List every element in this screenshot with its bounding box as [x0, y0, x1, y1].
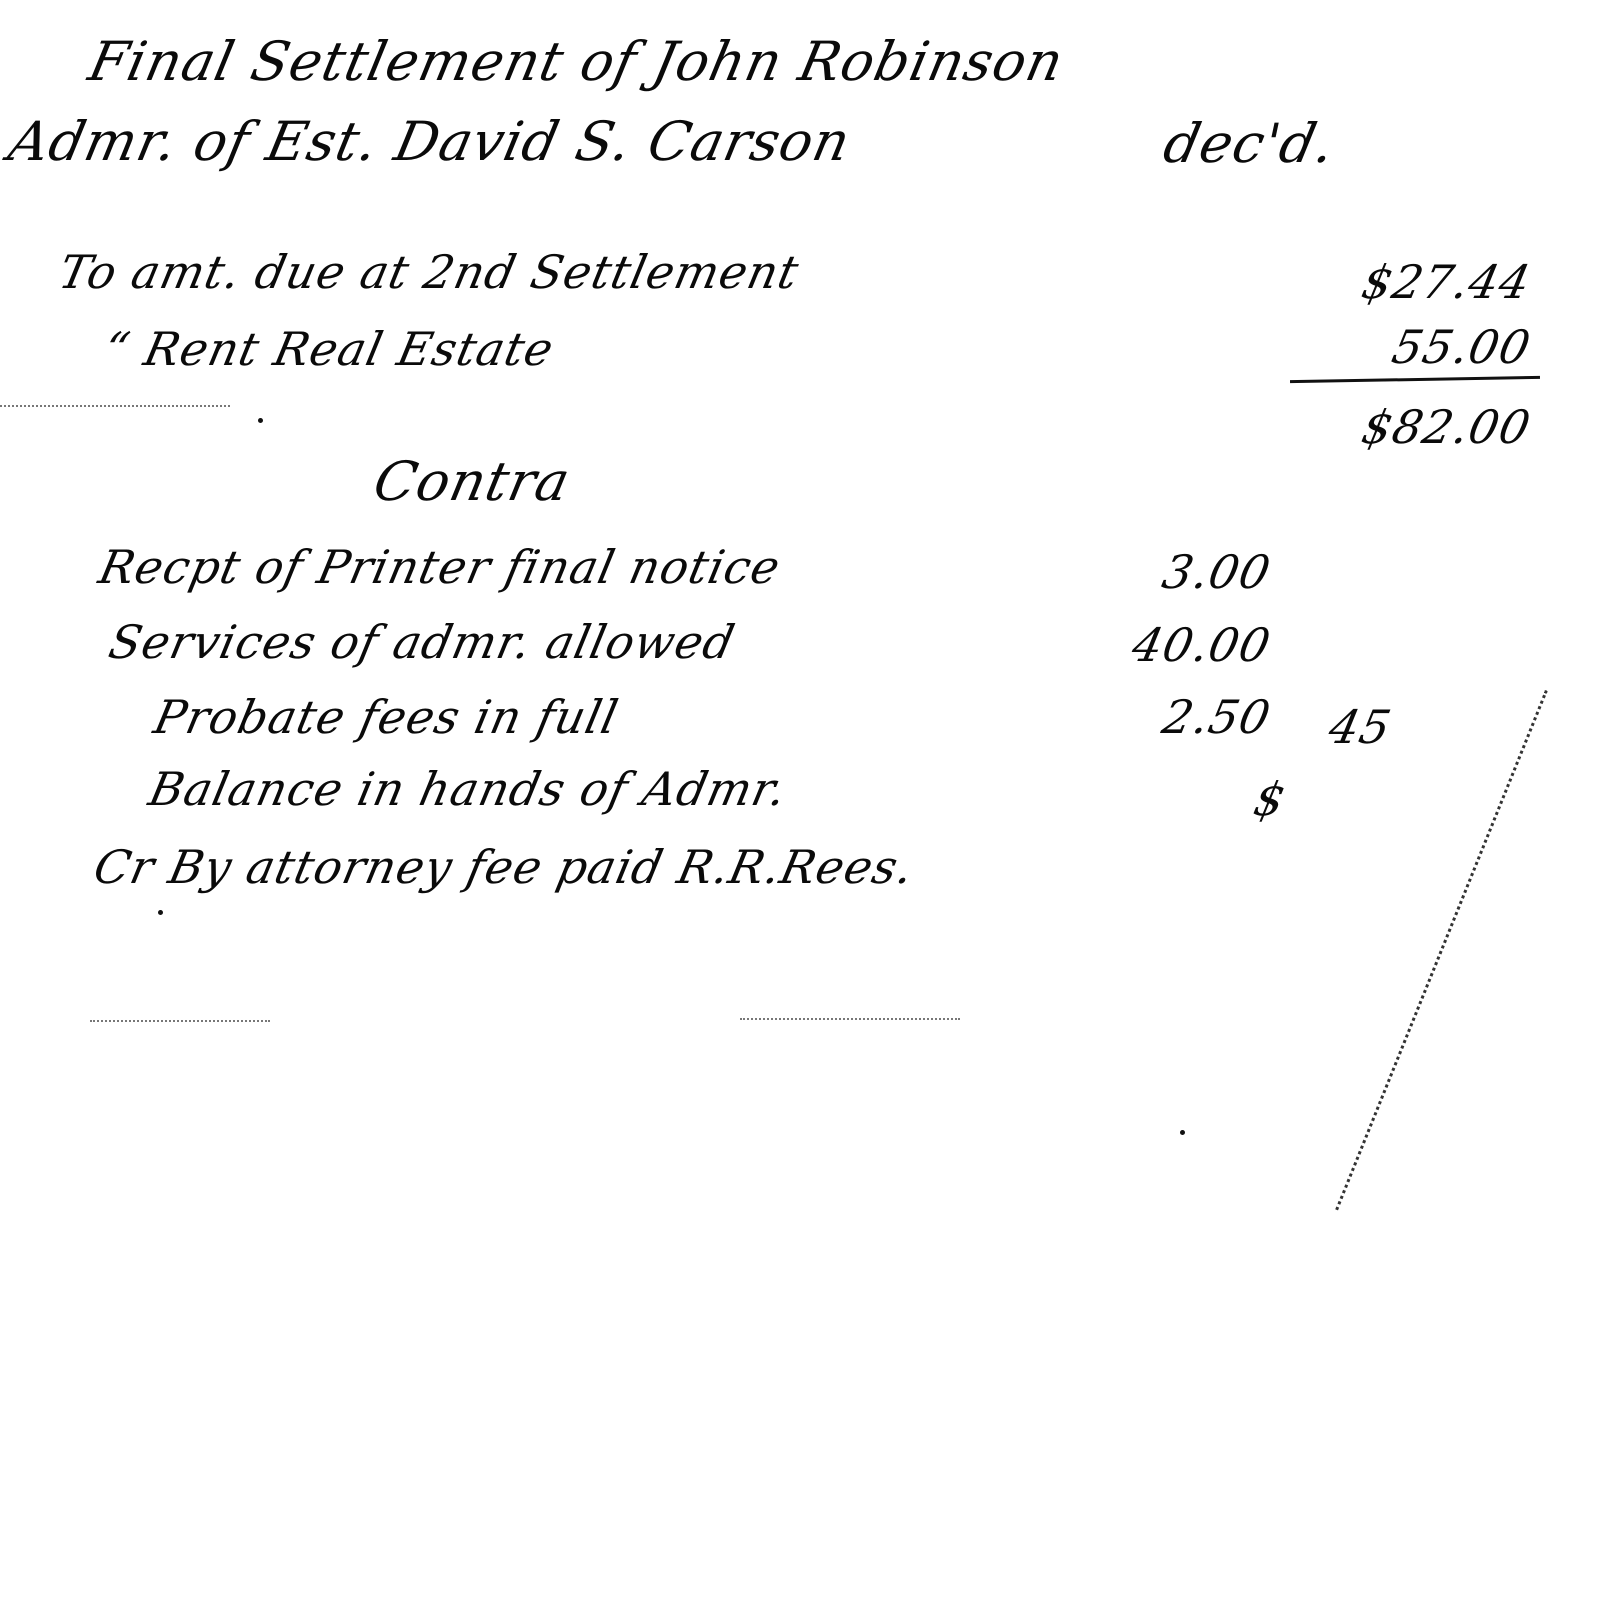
- debit-item-amount: $27.44: [1244, 255, 1535, 309]
- credit-item-label: Recpt of Printer final notice: [94, 540, 785, 594]
- ink-speck: [258, 418, 263, 423]
- torn-paper-edge: [1335, 690, 1548, 1210]
- debit-total: $82.00: [1244, 400, 1535, 454]
- heading-line-1: Final Settlement of John Robinson: [83, 30, 1069, 93]
- fold-line: [740, 1018, 960, 1020]
- heading-line-2: Admr. of Est. David S. Carson: [3, 110, 856, 173]
- ink-speck: [158, 910, 163, 915]
- balance-amount: $: [1249, 772, 1320, 826]
- credit-item-amount: 3.00: [1054, 545, 1275, 599]
- credit-item-amount: 40.00: [1054, 618, 1275, 672]
- credit-item-label: Probate fees in full: [149, 690, 623, 744]
- ink-speck: [1180, 1130, 1185, 1135]
- heading-deceased-abbrev: dec'd.: [1158, 112, 1341, 175]
- balance-label: Balance in hands of Admr.: [144, 762, 792, 816]
- credits-heading: Contra: [368, 450, 576, 513]
- attorney-fee-note: Cr By attorney fee paid R.R.Rees.: [89, 840, 919, 894]
- debit-item-label: To amt. due at 2nd Settlement: [54, 245, 804, 299]
- sum-underline: [1290, 376, 1540, 383]
- fold-line: [0, 405, 230, 407]
- document-page: Final Settlement of John Robinson Admr. …: [0, 0, 1615, 1600]
- credit-item-amount: 2.50: [1054, 690, 1275, 744]
- fold-line: [90, 1020, 270, 1022]
- credit-total-partial: 45: [1324, 700, 1415, 754]
- debit-item-label: “ Rent Real Estate: [99, 322, 559, 376]
- debit-item-amount: 55.00: [1244, 320, 1535, 374]
- credit-item-label: Services of admr. allowed: [104, 615, 740, 669]
